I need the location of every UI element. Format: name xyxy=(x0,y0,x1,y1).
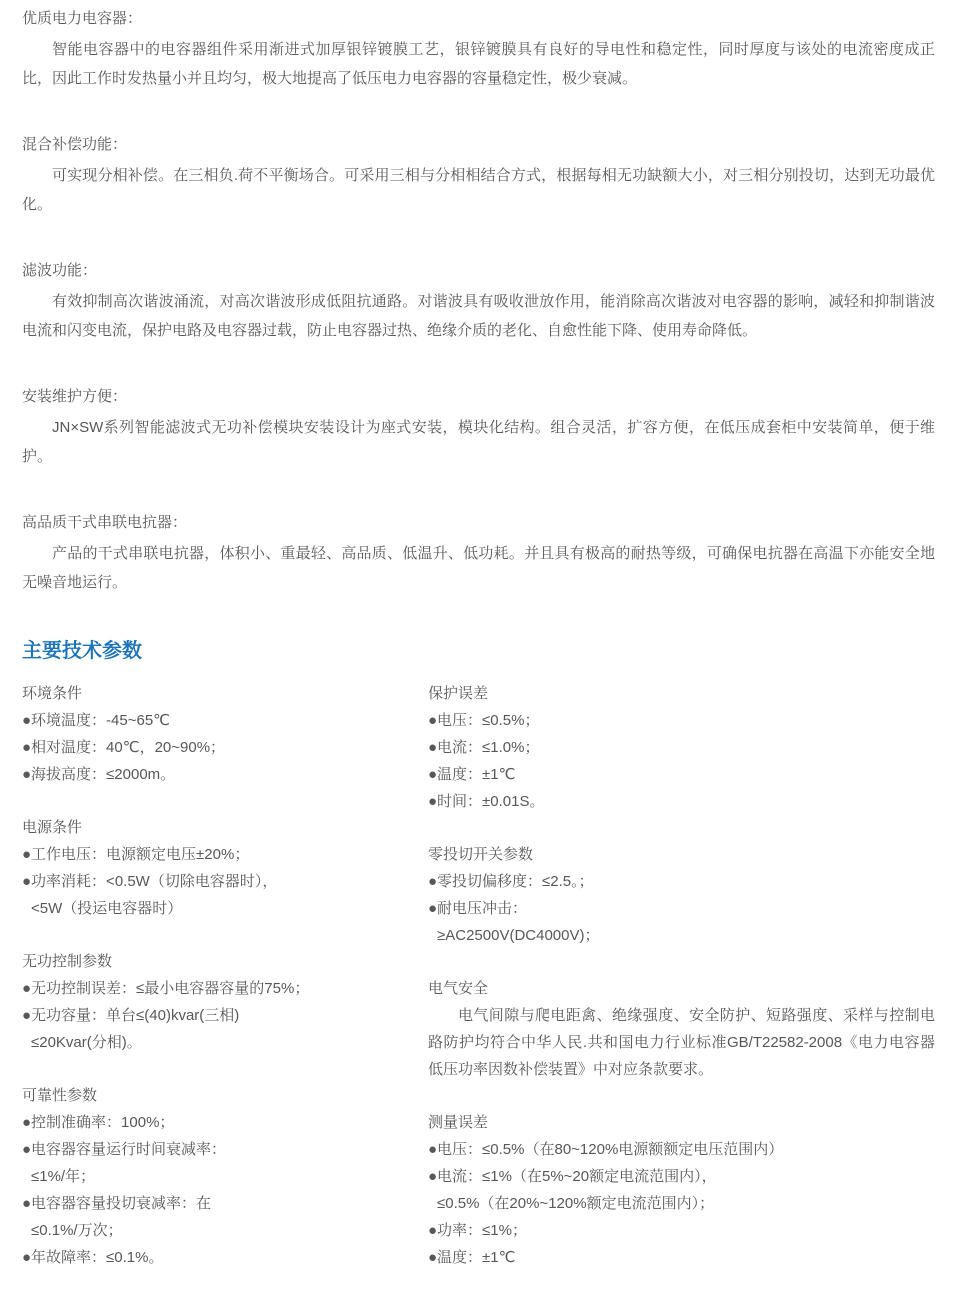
param-line-continuation: ≤0.5%（在20%~120%额定电流范围内）； xyxy=(428,1190,935,1217)
intro-section-title: 滤波功能： xyxy=(22,260,935,282)
param-group-title: 可靠性参数 xyxy=(22,1082,428,1109)
param-line: ●耐电压冲击： xyxy=(428,895,935,922)
param-line-continuation: ≥AC2500V(DC4000V)； xyxy=(428,922,935,949)
intro-section-quality-capacitor: 优质电力电容器： 智能电容器中的电容器组件采用渐进式加厚银锌镀膜工艺，银锌镀膜具… xyxy=(22,8,935,93)
params-left-column: 环境条件 ●环境温度：-45~65℃ ●相对温度：40℃，20~90%； ●海拔… xyxy=(22,680,428,1271)
param-line: ●相对温度：40℃，20~90%； xyxy=(22,734,428,761)
document-page: 优质电力电容器： 智能电容器中的电容器组件采用渐进式加厚银锌镀膜工艺，银锌镀膜具… xyxy=(0,0,955,1301)
param-line-continuation: ≤1%/年； xyxy=(22,1163,428,1190)
intro-section-hybrid-compensation: 混合补偿功能： 可实现分相补偿。在三相负.荷不平衡场合。可采用三相与分相相结合方… xyxy=(22,134,935,219)
param-line: ●电压：≤0.5%（在80~120%电源额额定电压范围内） xyxy=(428,1136,935,1163)
param-group-reactive-control: 无功控制参数 ●无功控制误差：≤最小电容器容量的75%； ●无功容量：单台≤(4… xyxy=(22,948,428,1056)
param-group-title: 测量误差 xyxy=(428,1109,935,1136)
param-group-title: 电源条件 xyxy=(22,814,428,841)
param-line: ●温度：±1℃ xyxy=(428,761,935,788)
param-line: ●无功控制误差：≤最小电容器容量的75%； xyxy=(22,975,428,1002)
param-line: ●年故障率：≤0.1%。 xyxy=(22,1244,428,1271)
intro-section-body: JN×SW系列智能滤波式无功补偿模块安装设计为座式安装，模块化结构。组合灵活，扩… xyxy=(22,413,935,471)
param-line: ●无功容量：单台≤(40)kvar(三相) xyxy=(22,1002,428,1029)
param-line: ●电流：≤1.0%； xyxy=(428,734,935,761)
param-group-measurement-error: 测量误差 ●电压：≤0.5%（在80~120%电源额额定电压范围内） ●电流：≤… xyxy=(428,1109,935,1271)
param-line: ●环境温度：-45~65℃ xyxy=(22,707,428,734)
param-line: ●温度：±1℃ xyxy=(428,1244,935,1271)
param-group-power-supply: 电源条件 ●工作电压：电源额定电压±20%； ●功率消耗：<0.5W（切除电容器… xyxy=(22,814,428,922)
param-group-title: 保护误差 xyxy=(428,680,935,707)
param-group-environment: 环境条件 ●环境温度：-45~65℃ ●相对温度：40℃，20~90%； ●海拔… xyxy=(22,680,428,788)
params-right-column: 保护误差 ●电压：≤0.5%； ●电流：≤1.0%； ●温度：±1℃ ●时间：±… xyxy=(428,680,935,1271)
param-group-reliability: 可靠性参数 ●控制准确率：100%； ●电容器容量运行时间衰减率： ≤1%/年；… xyxy=(22,1082,428,1271)
param-line: ●海拔高度：≤2000m。 xyxy=(22,761,428,788)
intro-section-title: 优质电力电容器： xyxy=(22,8,935,30)
param-group-title: 零投切开关参数 xyxy=(428,841,935,868)
param-line: ●电容器容量投切衰减率：在 xyxy=(22,1190,428,1217)
intro-section-filtering: 滤波功能： 有效抑制高次谐波涌流，对高次谐波形成低阻抗通路。对谐波具有吸收泄放作… xyxy=(22,260,935,345)
intro-section-title: 高品质干式串联电抗器： xyxy=(22,512,935,534)
param-group-protection-error: 保护误差 ●电压：≤0.5%； ●电流：≤1.0%； ●温度：±1℃ ●时间：±… xyxy=(428,680,935,815)
param-line: ●电压：≤0.5%； xyxy=(428,707,935,734)
param-line: ●功率：≤1%； xyxy=(428,1217,935,1244)
param-line: ●零投切偏移度：≤2.5。； xyxy=(428,868,935,895)
param-line: ●电流：≤1%（在5%~20额定电流范围内）， xyxy=(428,1163,935,1190)
intro-section-body: 智能电容器中的电容器组件采用渐进式加厚银锌镀膜工艺，银锌镀膜具有良好的导电性和稳… xyxy=(22,35,935,93)
param-line-continuation: ≤20Kvar(分相)。 xyxy=(22,1029,428,1056)
params-columns: 环境条件 ●环境温度：-45~65℃ ●相对温度：40℃，20~90%； ●海拔… xyxy=(22,680,935,1271)
param-group-body: 电气间隙与爬电距禽、绝缘强度、安全防护、短路强度、采样与控制电路防护均符合中华人… xyxy=(428,1002,935,1083)
intro-section-body: 产品的干式串联电抗器，体积小、重最轻、高品质、低温升、低功耗。并且具有极高的耐热… xyxy=(22,539,935,597)
page-title: 主要技术参数 xyxy=(22,638,935,664)
param-group-electrical-safety: 电气安全 电气间隙与爬电距禽、绝缘强度、安全防护、短路强度、采样与控制电路防护均… xyxy=(428,975,935,1083)
intro-section-dry-reactor: 高品质干式串联电抗器： 产品的干式串联电抗器，体积小、重最轻、高品质、低温升、低… xyxy=(22,512,935,597)
intro-section-body: 有效抑制高次谐波涌流，对高次谐波形成低阻抗通路。对谐波具有吸收泄放作用，能消除高… xyxy=(22,287,935,345)
param-line: ●控制准确率：100%； xyxy=(22,1109,428,1136)
param-line-continuation: <5W（投运电容器时） xyxy=(22,895,428,922)
param-group-title: 无功控制参数 xyxy=(22,948,428,975)
intro-section-easy-install: 安装维护方便： JN×SW系列智能滤波式无功补偿模块安装设计为座式安装，模块化结… xyxy=(22,386,935,471)
param-group-title: 电气安全 xyxy=(428,975,935,1002)
param-group-zero-switching: 零投切开关参数 ●零投切偏移度：≤2.5。； ●耐电压冲击： ≥AC2500V(… xyxy=(428,841,935,949)
param-group-title: 环境条件 xyxy=(22,680,428,707)
param-line: ●功率消耗：<0.5W（切除电容器时）， xyxy=(22,868,428,895)
intro-section-body: 可实现分相补偿。在三相负.荷不平衡场合。可采用三相与分相相结合方式，根据每相无功… xyxy=(22,161,935,219)
param-line: ●电容器容量运行时间衰减率： xyxy=(22,1136,428,1163)
param-line: ●时间：±0.01S。 xyxy=(428,788,935,815)
intro-section-title: 混合补偿功能： xyxy=(22,134,935,156)
param-line-continuation: ≤0.1%/万次； xyxy=(22,1217,428,1244)
intro-section-title: 安装维护方便： xyxy=(22,386,935,408)
param-line: ●工作电压：电源额定电压±20%； xyxy=(22,841,428,868)
